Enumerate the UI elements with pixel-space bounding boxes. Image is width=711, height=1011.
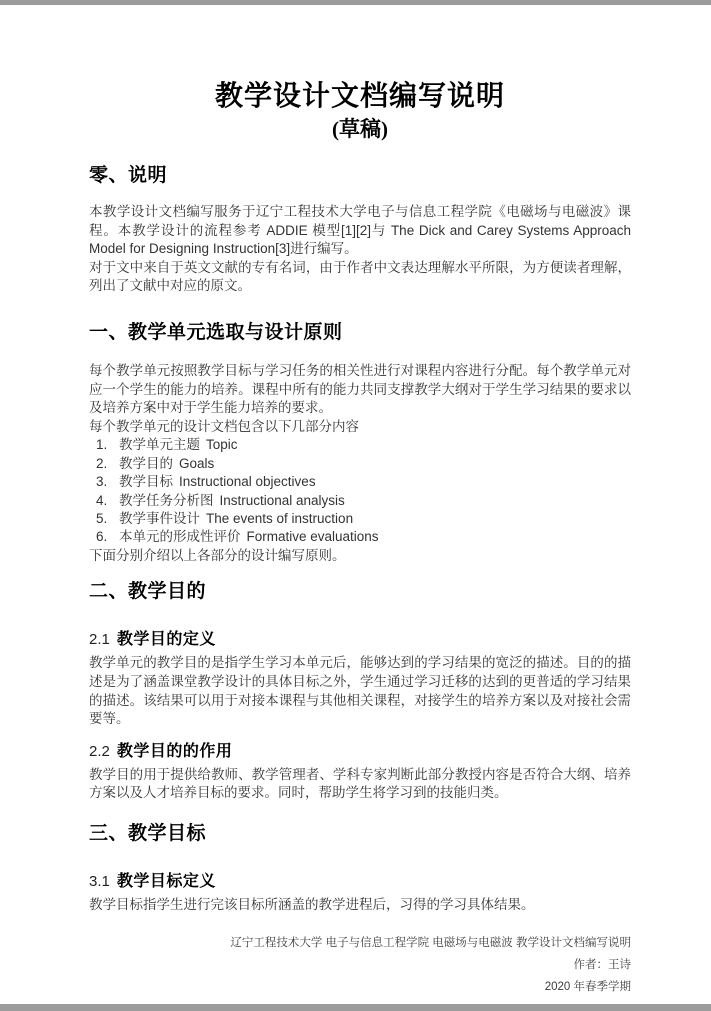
list-item-label-zh: 教学目的 [119,456,173,471]
list-item-label-zh: 教学事件设计 [119,511,200,526]
list-item: 6.本单元的形成性评价Formative evaluations [89,528,631,546]
list-item: 5.教学事件设计The events of instruction [89,510,631,528]
list-item: 4.教学任务分析图Instructional analysis [89,492,631,510]
list-item: 2.教学目的Goals [89,455,631,473]
section-1-paragraph-1: 每个教学单元按照教学目标与学习任务的相关性进行对课程内容进行分配。每个教学单元对… [89,362,631,418]
document-subtitle: (草稿) [89,115,631,143]
document-page: 教学设计文档编写说明 (草稿) 零、说明 本教学设计文档编写服务于辽宁工程技术大… [0,5,711,1004]
subsection-number: 2.1 [89,631,110,648]
footer-line-semester: 2020 年春季学期 [89,976,631,998]
title-block: 教学设计文档编写说明 (草稿) [89,79,631,143]
section-3-objectives: 三、教学目标 3.1教学目标定义 教学目标指学生进行完该目标所涵盖的教学进程后，… [89,821,631,915]
subsection-2-1-heading: 2.1教学目的定义 [89,629,631,650]
section-1-heading: 一、教学单元选取与设计原则 [89,320,631,345]
list-item-number: 2. [96,455,110,473]
subsection-number: 2.2 [89,743,110,760]
list-item-number: 1. [96,436,110,454]
document-title: 教学设计文档编写说明 [89,79,631,115]
subsection-number: 3.1 [89,873,110,890]
list-item: 3.教学目标Instructional objectives [89,473,631,491]
section-3-heading: 三、教学目标 [89,821,631,846]
subsection-3-1-heading: 3.1教学目标定义 [89,871,631,892]
list-item-label-en: Goals [179,456,214,471]
footer-line-author: 作者：王诗 [89,954,631,976]
next-page-boundary [0,1004,711,1011]
list-item-number: 4. [96,492,110,510]
subsection-title: 教学目的的作用 [117,743,233,760]
list-item-label-en: Formative evaluations [247,529,379,544]
subsection-2-2-heading: 2.2教学目的的作用 [89,741,631,762]
unit-parts-list: 1.教学单元主题Topic 2.教学目的Goals 3.教学目标Instruct… [89,436,631,546]
section-0-intro: 零、说明 本教学设计文档编写服务于辽宁工程技术大学电子与信息工程学院《电磁场与电… [89,163,631,296]
subsection-2-1-paragraph: 教学单元的教学目的是指学生学习本单元后，能够达到的学习结果的宽泛的描述。目的的描… [89,654,631,728]
list-item-label-zh: 教学目标 [119,474,173,489]
list-item-number: 3. [96,473,110,491]
section-2-heading: 二、教学目的 [89,579,631,604]
subsection-2-2-paragraph: 教学目的用于提供给教师、教学管理者、学科专家判断此部分教授内容是否符合大纲、培养… [89,766,631,803]
list-item-number: 5. [96,510,110,528]
list-item-label-en: The events of instruction [206,511,353,526]
list-item-label-en: Instructional objectives [179,474,316,489]
subsection-title: 教学目的定义 [117,631,216,648]
section-1-unit-selection: 一、教学单元选取与设计原则 每个教学单元按照教学目标与学习任务的相关性进行对课程… [89,320,631,565]
list-item: 1.教学单元主题Topic [89,436,631,454]
list-item-label-zh: 本单元的形成性评价 [119,529,241,544]
subsection-title: 教学目标定义 [117,873,216,890]
section-0-paragraph-1: 本教学设计文档编写服务于辽宁工程技术大学电子与信息工程学院《电磁场与电磁波》课程… [89,203,631,259]
section-0-heading: 零、说明 [89,163,631,188]
section-0-paragraph-2: 对于文中来自于英文文献的专有名词，由于作者中文表达理解水平所限，为方便读者理解，… [89,259,631,296]
list-item-number: 6. [96,528,110,546]
list-item-label-zh: 教学任务分析图 [119,493,214,508]
section-1-paragraph-3: 下面分别介绍以上各部分的设计编写原则。 [89,547,631,566]
section-2-goals: 二、教学目的 2.1教学目的定义 教学单元的教学目的是指学生学习本单元后，能够达… [89,579,631,803]
list-item-label-en: Instructional analysis [220,493,345,508]
document-footer: 辽宁工程技术大学 电子与信息工程学院 电磁场与电磁波 教学设计文档编写说明 作者… [89,932,631,998]
section-1-paragraph-2: 每个教学单元的设计文档包含以下几部分内容 [89,418,631,437]
footer-line-course: 辽宁工程技术大学 电子与信息工程学院 电磁场与电磁波 教学设计文档编写说明 [89,932,631,954]
subsection-3-1-paragraph: 教学目标指学生进行完该目标所涵盖的教学进程后，习得的学习具体结果。 [89,896,631,915]
list-item-label-zh: 教学单元主题 [119,437,200,452]
list-item-label-en: Topic [206,437,238,452]
